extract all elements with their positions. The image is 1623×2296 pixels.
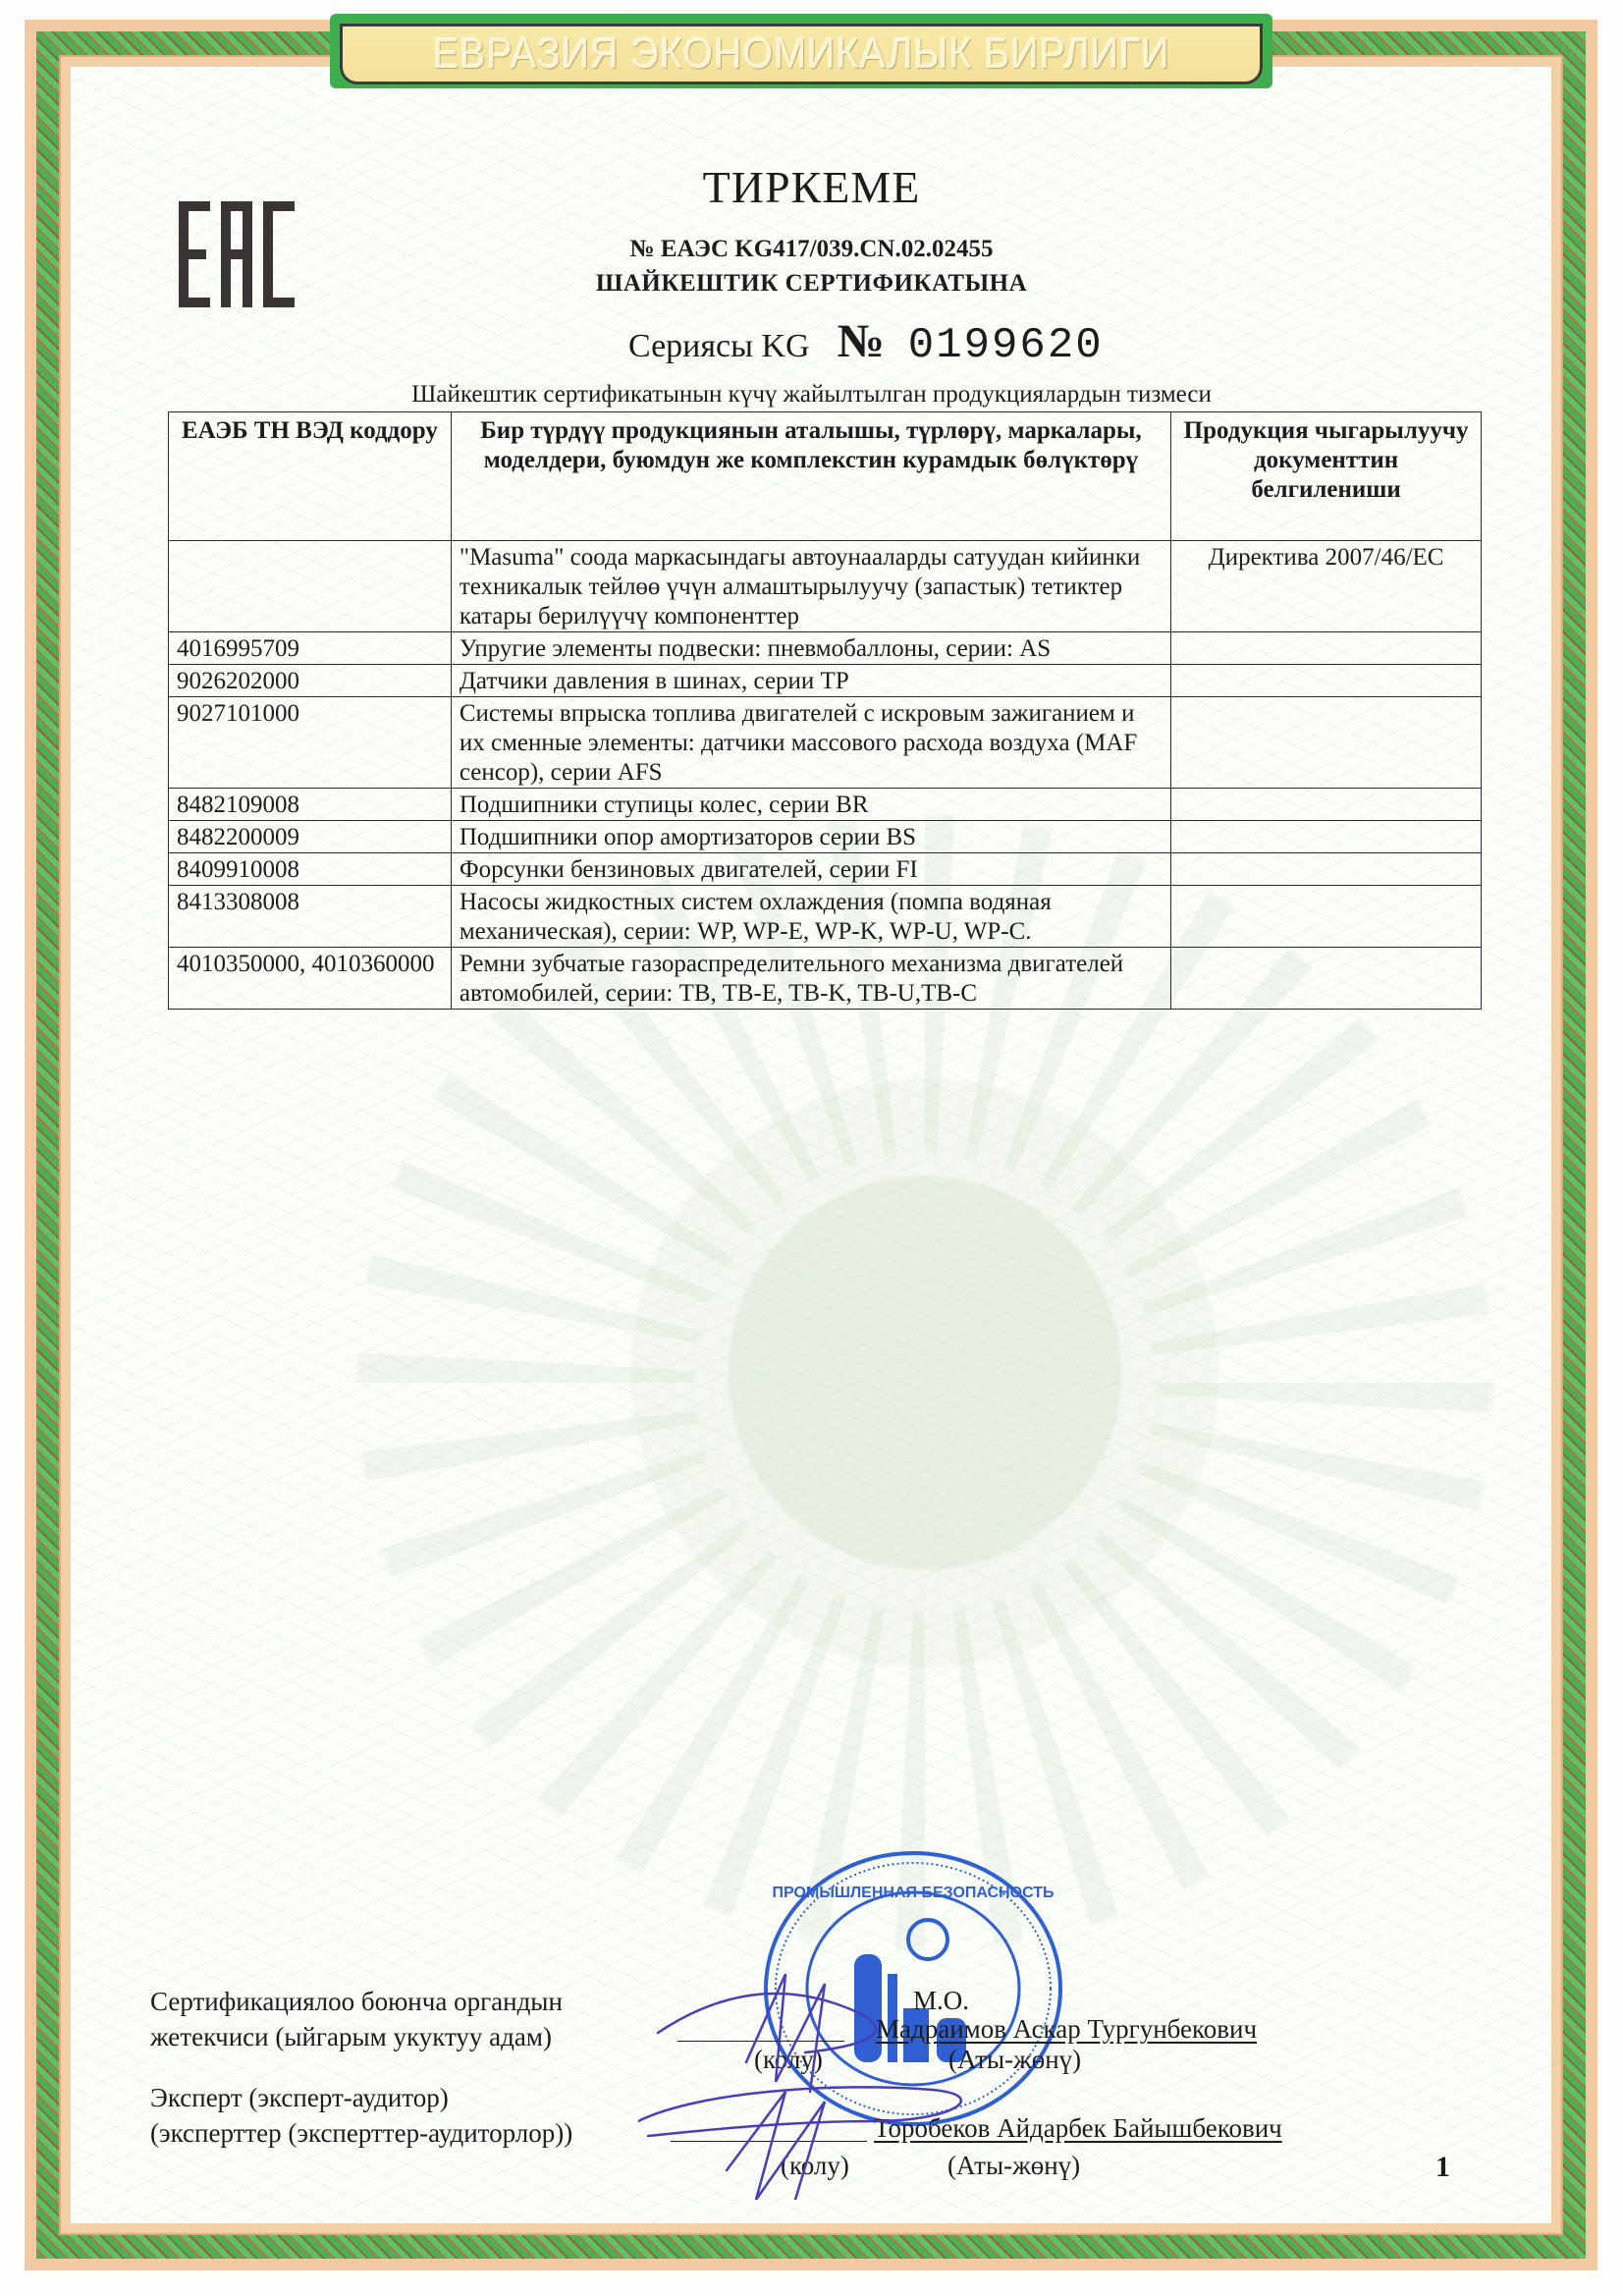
banner-title: ЕВРАЗИЯ ЭКОНОМИКАЛЫК БИРЛИГИ	[433, 29, 1170, 79]
cell-name: Ремни зубчатые газораспределительного ме…	[451, 948, 1170, 1010]
list-caption: Шайкештик сертификатынын күчү жайылтылга…	[0, 381, 1623, 409]
cell-doc	[1171, 632, 1482, 665]
cell-code: 8409910008	[169, 853, 452, 886]
table-row: 4010350000, 4010360000Ремни зубчатые газ…	[169, 948, 1482, 1010]
column-header-code: ЕАЭБ ТН ВЭД коддору	[169, 412, 452, 541]
cell-doc	[1171, 948, 1482, 1010]
cell-doc	[1171, 886, 1482, 948]
table-row: 8409910008Форсунки бензиновых двигателей…	[169, 853, 1482, 886]
cell-name: Форсунки бензиновых двигателей, серии FI	[451, 853, 1170, 886]
series-line: Сериясы KG №0199620	[628, 314, 1104, 370]
series-number: №0199620	[838, 314, 1104, 370]
cell-code: 9027101000	[169, 697, 452, 789]
cell-doc	[1171, 853, 1482, 886]
cell-name: Подшипники ступицы колес, серии BR	[451, 789, 1170, 821]
column-header-name: Бир түрдүү продукциянын аталышы, түрлөрү…	[451, 412, 1170, 541]
svg-text:ПРОМЫШЛЕННАЯ БЕЗОПАСНОСТЬ: ПРОМЫШЛЕННАЯ БЕЗОПАСНОСТЬ	[772, 1885, 1054, 1901]
table-row: 8482200009Подшипники опор амортизаторов …	[169, 821, 1482, 853]
cell-name: Датчики давления в шинах, серии TP	[451, 665, 1170, 697]
sun-watermark	[581, 1029, 1269, 1717]
series-number-value: 0199620	[908, 321, 1104, 370]
products-table: ЕАЭБ ТН ВЭД коддору Бир түрдүү продукция…	[168, 411, 1482, 1010]
column-header-doc: Продукция чыгарылуучу документтин белгил…	[1171, 412, 1482, 541]
cell-name: Насосы жидкостных систем охлаждения (пом…	[451, 886, 1170, 948]
cell-code	[169, 541, 452, 632]
cell-code: 8482109008	[169, 789, 452, 821]
table-row: 9026202000Датчики давления в шинах, сери…	[169, 665, 1482, 697]
table-header-row: ЕАЭБ ТН ВЭД коддору Бир түрдүү продукция…	[169, 412, 1482, 541]
cell-name: Упругие элементы подвески: пневмобаллоны…	[451, 632, 1170, 665]
table-row: 4016995709Упругие элементы подвески: пне…	[169, 632, 1482, 665]
cell-code: 9026202000	[169, 665, 452, 697]
table-row: 8413308008Насосы жидкостных систем охлаж…	[169, 886, 1482, 948]
cell-doc	[1171, 665, 1482, 697]
number-sign: №	[838, 315, 887, 367]
cell-name: Подшипники опор амортизаторов серии BS	[451, 821, 1170, 853]
cell-code: 4010350000, 4010360000	[169, 948, 452, 1010]
org-head-label: Сертификациялоо боюнча органдын жетекчис…	[150, 1984, 563, 2054]
certificate-subtitle: ШАЙКЕШТИК СЕРТИФИКАТЫНА	[0, 270, 1623, 298]
banner: ЕВРАЗИЯ ЭКОНОМИКАЛЫК БИРЛИГИ	[340, 24, 1263, 84]
expert-label: Эксперт (эксперт-аудитор) (эксперттер (э…	[150, 2080, 572, 2151]
series-label: Сериясы KG	[628, 328, 810, 365]
cell-doc	[1171, 821, 1482, 853]
table-row: 8482109008Подшипники ступицы колес, сери…	[169, 789, 1482, 821]
cell-name: Системы впрыска топлива двигателей с иск…	[451, 697, 1170, 789]
certificate-number: № ЕАЭС KG417/039.CN.02.02455	[0, 236, 1623, 263]
table-row: "Masuma" соода маркасындагы автоунаалард…	[169, 541, 1482, 632]
cell-doc	[1171, 789, 1482, 821]
page-number: 1	[1435, 2151, 1450, 2184]
cell-code: 8413308008	[169, 886, 452, 948]
cell-code: 8482200009	[169, 821, 452, 853]
cell-code: 4016995709	[169, 632, 452, 665]
handwritten-signatures	[638, 1974, 1051, 2200]
cell-doc: Директива 2007/46/EC	[1171, 541, 1482, 632]
page-title: ТИРКЕМЕ	[0, 161, 1623, 213]
cell-doc	[1171, 697, 1482, 789]
cell-name: "Masuma" соода маркасындагы автоунаалард…	[451, 541, 1170, 632]
table-row: 9027101000Системы впрыска топлива двигат…	[169, 697, 1482, 789]
